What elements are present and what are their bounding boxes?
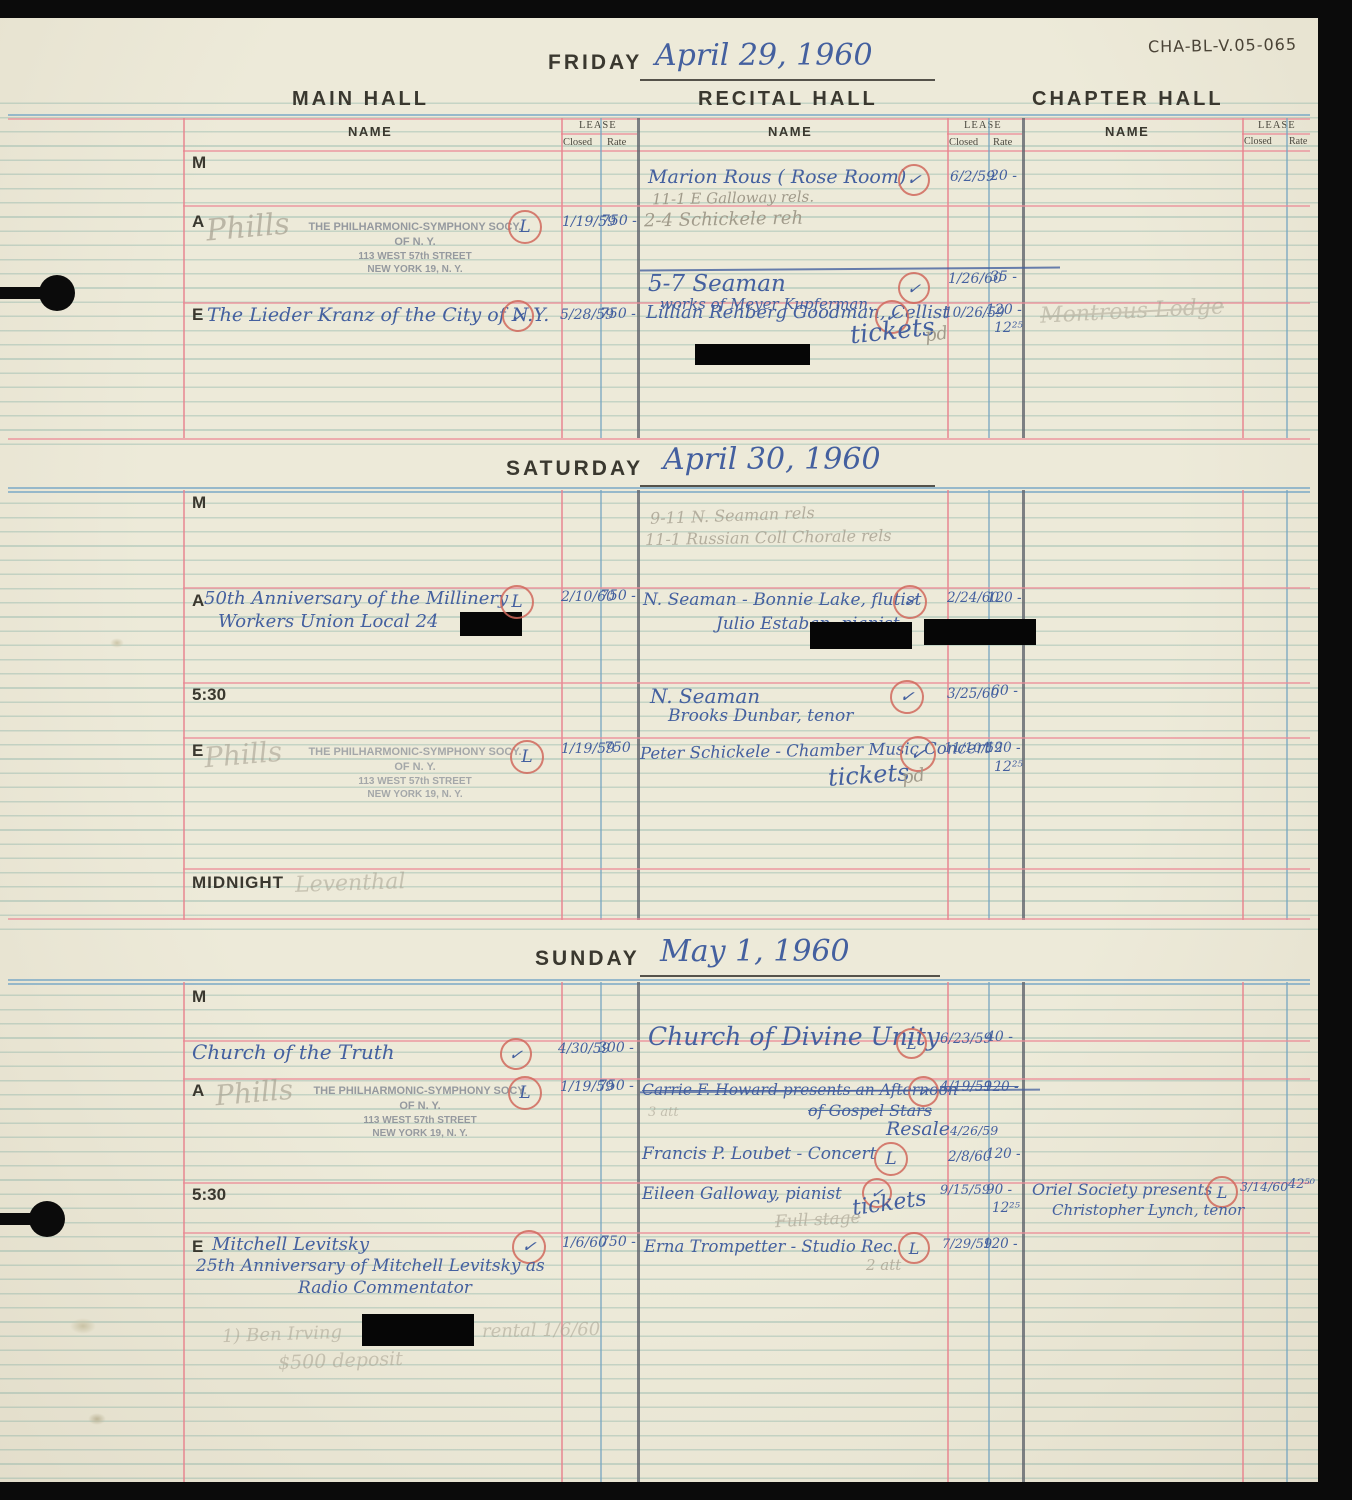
grid-vline [1286, 118, 1288, 438]
hall-title-recital: RECITAL HALL [698, 89, 878, 110]
grid-hline [8, 114, 1310, 116]
time-label-m: M [192, 988, 206, 1006]
entry-levitsky-anniv: 25th Anniversary of Mitchell Levitsky as [196, 1258, 545, 1276]
paper-stain [110, 638, 124, 648]
grid-hline [561, 133, 637, 135]
time-label-a: A [192, 592, 204, 610]
day-title-sunday: SUNDAY [535, 948, 640, 970]
redaction-box [810, 622, 912, 649]
entry-seaman: 5-7 Seaman [648, 272, 786, 296]
date-saturday: April 30, 1960 [663, 444, 881, 476]
entry-church-truth: Church of the Truth [192, 1042, 395, 1063]
lease-l-mark: L [500, 585, 534, 619]
entry-levitsky-radio: Radio Commentator [298, 1280, 472, 1298]
lease-l-mark: L [874, 1142, 908, 1176]
note-resale: Resale [886, 1120, 950, 1140]
grid-hline [183, 737, 1310, 739]
redaction-box [924, 619, 1036, 645]
grid-hline [183, 150, 1310, 152]
grid-vline [600, 490, 602, 920]
paper-stain [70, 1318, 96, 1334]
punch-hole-notch [0, 287, 44, 299]
grid-hline [1242, 133, 1310, 135]
lease-rate: 42⁵⁰ [1288, 1178, 1315, 1192]
lease-l-mark: L [508, 210, 542, 244]
note-rental-2: rental 1/6/60 [482, 1321, 601, 1342]
grid-hline [8, 983, 1310, 985]
lease-rate: 120 - [987, 591, 1022, 605]
grid-hline [8, 487, 1310, 489]
ledger-page-scan: FRIDAY April 29, 1960 CHA-BL-V.05-065 MA… [0, 0, 1352, 1500]
stamp-line: NEW YORK 19, N. Y. [305, 1127, 535, 1141]
stamp-line: THE PHILHARMONIC-SYMPHONY SOCY. OF N. Y. [300, 745, 530, 775]
entry-phills-pencil: Phills [203, 737, 283, 773]
day-title-saturday: SATURDAY [506, 458, 643, 480]
lease-rate: 40 - [986, 1030, 1013, 1045]
time-label-e: E [192, 306, 203, 324]
entry-phills-pencil: Phills [205, 208, 291, 247]
day-title-friday: FRIDAY [548, 52, 642, 74]
entry-phills-pencil: Phills [214, 1075, 294, 1111]
stamp-line: 113 WEST 57th STREET [300, 250, 530, 264]
entry-loubet: Francis P. Loubet - Concert [642, 1146, 876, 1164]
lease-closed-date: 2/8/60 [948, 1150, 991, 1164]
scan-edge-right [1318, 0, 1352, 1500]
date-sunday: May 1, 1960 [660, 936, 850, 968]
time-label-a: A [192, 1082, 204, 1100]
doc-code: CHA-BL-V.05-065 [1148, 37, 1297, 56]
grid-vline [600, 118, 602, 438]
date-friday: April 29, 1960 [655, 40, 873, 72]
col-header-lease-main: LEASE [579, 120, 617, 131]
scan-edge-bottom [0, 1482, 1352, 1500]
lease-rate: 750 [604, 741, 631, 756]
note-leventhal: Leventhal [295, 870, 406, 897]
lease-rate: 35 - [990, 270, 1017, 285]
lease-closed-date: 6/23/59 [940, 1032, 992, 1046]
lease-rate: 750 - [600, 1235, 636, 1250]
col-header-name-main: NAME [348, 125, 392, 139]
grid-vline [947, 490, 949, 920]
grid-hline [8, 438, 1310, 440]
philharmonic-stamp: THE PHILHARMONIC-SYMPHONY SOCY. OF N. Y.… [300, 745, 530, 802]
lease-closed-date: 3/14/60 [1240, 1180, 1288, 1193]
lease-rate: 60 - [991, 684, 1018, 699]
lease-rate: 750 - [601, 214, 637, 229]
lease-rate-2: 12²⁵ [994, 321, 1023, 336]
stamp-line: 113 WEST 57th STREET [305, 1114, 535, 1128]
stamp-line: 113 WEST 57th STREET [300, 775, 530, 789]
date-underline [640, 975, 940, 977]
grid-vline [183, 118, 185, 438]
entry-christopher-lynch: Christopher Lynch, tenor [1052, 1203, 1244, 1219]
note-deposit: $500 deposit [278, 1350, 403, 1374]
lease-l-mark: L [898, 1232, 930, 1264]
entry-trompetter: Erna Trompetter - Studio Rec. [644, 1238, 898, 1255]
entry-galloway: Eileen Galloway, pianist [642, 1185, 842, 1202]
time-label-e: E [192, 1238, 203, 1256]
scan-edge-top [0, 0, 1352, 18]
hall-title-chapter: CHAPTER HALL [1032, 89, 1224, 110]
entry-marion-rous: Marion Rous ( Rose Room) [648, 168, 906, 188]
lease-rate: 750 - [598, 1079, 634, 1094]
time-label-530: 5:30 [192, 686, 226, 704]
grid-vline [637, 490, 640, 920]
grid-vline [637, 118, 640, 438]
paid-note: pd [901, 766, 926, 788]
time-label-a: A [192, 213, 204, 231]
lease-rate: 90 - [986, 1183, 1012, 1197]
lease-rate: 750 - [600, 589, 636, 604]
grid-vline [1022, 118, 1025, 438]
lease-l-mark: L [896, 1028, 927, 1059]
grid-vline [1242, 490, 1244, 920]
paper-stain [88, 1413, 106, 1425]
stamp-line: THE PHILHARMONIC-SYMPHONY SOCY. OF N. Y. [305, 1084, 535, 1114]
grid-hline [8, 918, 1310, 920]
lease-rate: 120 - [986, 303, 1022, 318]
col-header-closed-recital: Closed [949, 137, 978, 148]
punch-hole-notch [0, 1213, 34, 1225]
grid-hline [183, 1078, 1310, 1080]
lease-rate: 750 - [600, 307, 636, 322]
philharmonic-stamp: THE PHILHARMONIC-SYMPHONY SOCY. OF N. Y.… [300, 220, 530, 277]
time-label-m: M [192, 154, 206, 172]
grid-vline [183, 490, 185, 920]
punch-hole [39, 275, 75, 311]
grid-vline [1022, 490, 1025, 920]
col-header-rate-main: Rate [607, 137, 626, 148]
grid-vline [1286, 490, 1288, 920]
grid-vline [561, 118, 563, 438]
punch-hole [29, 1201, 65, 1237]
tickets-note: tickets [827, 760, 910, 791]
col-header-name-recital: NAME [768, 125, 812, 139]
date-underline [640, 79, 935, 81]
lease-l-mark: L [510, 740, 544, 774]
entry-dunbar: Brooks Dunbar, tenor [668, 708, 853, 726]
col-header-lease-chapter: LEASE [1258, 120, 1296, 131]
col-header-closed-main: Closed [563, 137, 592, 148]
time-label-530: 5:30 [192, 1186, 226, 1204]
col-header-rate-chapter: Rate [1289, 137, 1307, 148]
note-schickele-reh: 2-4 Schickele reh [644, 210, 803, 232]
time-label-e: E [192, 742, 203, 760]
entry-liederkranz: The Lieder Kranz of the City of N.Y. [207, 306, 549, 326]
lease-rate-2: 12²⁵ [994, 760, 1023, 775]
lease-l-mark: L [508, 1076, 542, 1110]
redaction-box [362, 1314, 474, 1346]
grid-vline [1242, 118, 1244, 438]
lease-closed-date: 9/15/59 [940, 1184, 990, 1198]
redaction-box [695, 344, 810, 365]
stamp-line: NEW YORK 19, N. Y. [300, 788, 530, 802]
col-header-rate-recital: Rate [993, 137, 1012, 148]
note-galloway-rels: 11-1 E Galloway rels. [652, 190, 814, 209]
entry-oriel-society: Oriel Society presents [1032, 1182, 1212, 1199]
grid-hline [947, 133, 1022, 135]
lease-rate: 120 - [983, 1237, 1018, 1251]
lease-rate: 20 - [990, 169, 1017, 184]
philharmonic-stamp: THE PHILHARMONIC-SYMPHONY SOCY. OF N. Y.… [305, 1084, 535, 1141]
lease-rate-2: 12²⁵ [992, 1201, 1020, 1215]
col-header-closed-chapter: Closed [1244, 137, 1272, 148]
note-resale-date: 4/26/59 [950, 1124, 998, 1137]
lease-rate: 300 - [598, 1041, 634, 1056]
entry-millinery-1: 50th Anniversary of the Millinery [204, 590, 508, 609]
time-label-midnight: MIDNIGHT [192, 874, 284, 892]
paid-note: pd [924, 324, 949, 346]
note-att: 3 att [648, 1106, 679, 1120]
col-header-name-chapter: NAME [1105, 125, 1149, 139]
lease-rate: 120 - [986, 1147, 1021, 1161]
note-rental-1: 1) Ben Irving [222, 1324, 343, 1347]
hall-title-main: MAIN HALL [292, 89, 429, 110]
entry-seaman-530: N. Seaman [650, 686, 760, 707]
entry-millinery-2: Workers Union Local 24 [218, 613, 439, 632]
grid-vline [988, 490, 990, 920]
stamp-line: NEW YORK 19, N. Y. [300, 263, 530, 277]
lease-rate: 120 - [984, 1080, 1019, 1094]
grid-hline [183, 868, 1310, 870]
stamp-line: THE PHILHARMONIC-SYMPHONY SOCY. OF N. Y. [300, 220, 530, 250]
time-label-m: M [192, 494, 206, 512]
grid-vline [561, 490, 563, 920]
ledger-paper: FRIDAY April 29, 1960 CHA-BL-V.05-065 MA… [0, 18, 1318, 1482]
note-att: 2 att [866, 1258, 901, 1274]
entry-seaman-lake: N. Seaman - Bonnie Lake, flutist [643, 592, 921, 610]
entry-levitsky: Mitchell Levitsky [212, 1236, 369, 1255]
ruled-lines-saturday [0, 490, 1318, 938]
lease-closed-date: 6/2/59 [950, 170, 995, 185]
lease-rate: 120 - [986, 741, 1021, 755]
grid-hline [8, 118, 1310, 120]
col-header-lease-recital: LEASE [964, 120, 1002, 131]
grid-hline [8, 979, 1310, 981]
